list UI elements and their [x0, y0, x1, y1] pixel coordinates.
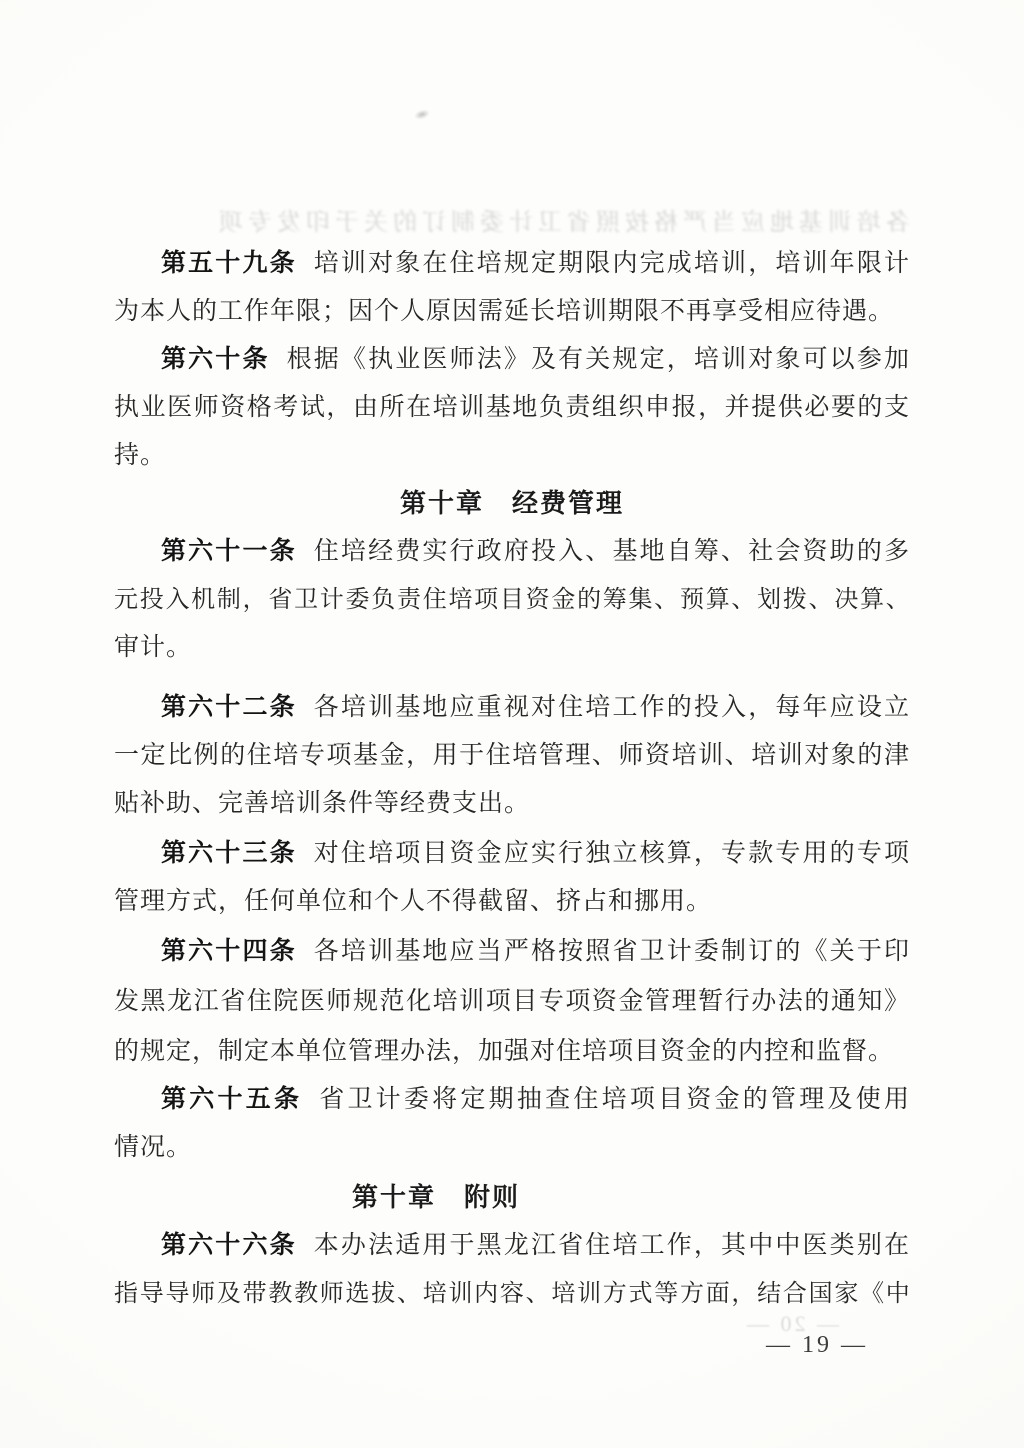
text-line: 的规定，制定本单位管理办法，加强对住培项目资金的内控和监督。: [114, 1028, 910, 1076]
article-text: 对住培项目资金应实行独立核算，专款专用的专项: [314, 840, 910, 867]
article-text: 执业医师资格考试，由所在培训基地负责组织申报，并提供必要的支: [114, 394, 910, 421]
text-line: 元投入机制，省卫计委负责住培项目资金的筹集、预算、划拨、决算、: [114, 576, 910, 624]
article-text: 本办法适用于黑龙江省住培工作，其中中医类别在: [314, 1232, 910, 1259]
article-number: 第六十条: [161, 346, 287, 373]
article-text: 的规定，制定本单位管理办法，加强对住培项目资金的内控和监督。: [114, 1038, 894, 1065]
text-line: 第六十六条本办法适用于黑龙江省住培工作，其中中医类别在: [114, 1222, 910, 1270]
article-number: 第六十六条: [161, 1232, 314, 1259]
article-text: 发黑龙江省住院医师规范化培训项目专项资金管理暂行办法的通知》: [114, 988, 910, 1015]
article-number: 第六十二条: [161, 694, 314, 721]
text-line: 第六十条根据《执业医师法》及有关规定，培训对象可以参加: [114, 336, 910, 384]
text-line: 审计。: [114, 624, 910, 672]
text-line: 持。: [114, 432, 910, 480]
text-line: 第六十一条住培经费实行政府投入、基地自筹、社会资助的多: [114, 528, 910, 576]
text-line: 贴补助、完善培训条件等经费支出。: [114, 780, 910, 828]
text-line: 管理方式，任何单位和个人不得截留、挤占和挪用。: [114, 878, 910, 926]
text-line: 为本人的工作年限；因个人原因需延长培训期限不再享受相应待遇。: [114, 288, 910, 336]
article-text: 管理方式，任何单位和个人不得截留、挤占和挪用。: [114, 888, 712, 915]
text-line: 第六十四条各培训基地应当严格按照省卫计委制订的《关于印: [114, 928, 910, 976]
article-number: 第六十五条: [161, 1086, 319, 1113]
article-text: 审计。: [114, 634, 192, 661]
document-page: 各培训基地应当严格按照省卫计委制订的关于印发专项资金管理暂行办法的通知 第五十九…: [0, 0, 1024, 1448]
article-number: 第五十九条: [161, 250, 314, 277]
article-number: 第六十四条: [161, 938, 314, 965]
article-text: 为本人的工作年限；因个人原因需延长培训期限不再享受相应待遇。: [114, 298, 894, 325]
article-text: 持。: [114, 442, 166, 469]
text-line: 第六十三条对住培项目资金应实行独立核算，专款专用的专项: [114, 830, 910, 878]
scan-smudge: [413, 108, 431, 122]
text-line: 发黑龙江省住院医师规范化培训项目专项资金管理暂行办法的通知》: [114, 978, 910, 1026]
text-line: 情况。: [114, 1124, 910, 1172]
text-line: 执业医师资格考试，由所在培训基地负责组织申报，并提供必要的支: [114, 384, 910, 432]
text-line: 一定比例的住培专项基金，用于住培管理、师资培训、培训对象的津: [114, 732, 910, 780]
article-text: 贴补助、完善培训条件等经费支出。: [114, 790, 530, 817]
article-number: 第六十三条: [161, 840, 314, 867]
bleedthrough-line: 各培训基地应当严格按照省卫计委制订的关于印发专项资金管理暂行办法的通知: [218, 205, 910, 241]
article-text: 指导导师及带教教师选拔、培训内容、培训方式等方面，结合国家《中: [114, 1281, 910, 1307]
chapter-heading-funding: 第十章 经费管理: [114, 480, 910, 528]
chapter-heading-appendix: 第十章 附则: [114, 1174, 910, 1222]
page-number: — 19 —: [766, 1332, 868, 1359]
article-text: 一定比例的住培专项基金，用于住培管理、师资培训、培训对象的津: [114, 742, 910, 769]
text-line: 第五十九条培训对象在住培规定期限内完成培训，培训年限计: [114, 240, 910, 288]
article-text: 根据《执业医师法》及有关规定，培训对象可以参加: [287, 346, 910, 373]
text-line: 第六十五条省卫计委将定期抽查住培项目资金的管理及使用: [114, 1076, 910, 1124]
article-text: 培训对象在住培规定期限内完成培训，培训年限计: [314, 250, 910, 277]
article-text: 各培训基地应当严格按照省卫计委制订的《关于印: [314, 938, 910, 965]
article-text: 情况。: [114, 1134, 192, 1161]
text-line: 第六十二条各培训基地应重视对住培工作的投入，每年应设立: [114, 684, 910, 732]
article-text: 各培训基地应重视对住培工作的投入，每年应设立: [314, 694, 910, 721]
article-text: 住培经费实行政府投入、基地自筹、社会资助的多: [314, 538, 910, 565]
article-text: 省卫计委将定期抽查住培项目资金的管理及使用: [319, 1086, 910, 1113]
article-number: 第六十一条: [161, 538, 314, 565]
article-text: 元投入机制，省卫计委负责住培项目资金的筹集、预算、划拨、决算、: [114, 587, 910, 613]
document-body: 第五十九条培训对象在住培规定期限内完成培训，培训年限计 为本人的工作年限；因个人…: [114, 240, 910, 1318]
